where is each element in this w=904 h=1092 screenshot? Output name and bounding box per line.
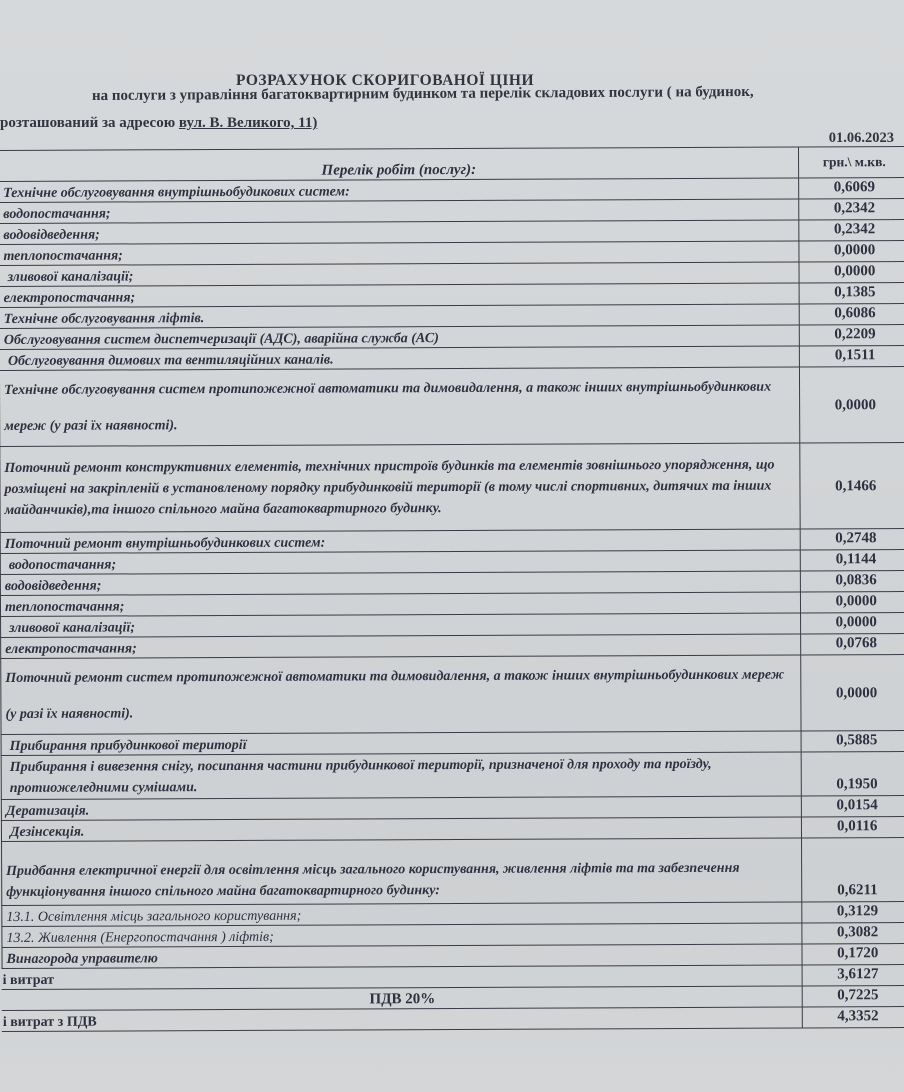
row-value: 0,0000 bbox=[801, 592, 904, 613]
row-value: 0,0000 bbox=[801, 655, 904, 731]
row-value: 0,1144 bbox=[801, 550, 904, 571]
row-value: 0,0000 bbox=[799, 241, 904, 262]
row-label: Прибирання і вивезення снігу, посипання … bbox=[1, 752, 802, 799]
row-value: 0,1511 bbox=[800, 346, 904, 367]
table-row: Поточний ремонт конструктивних елементів… bbox=[0, 443, 904, 533]
row-value: 0,0154 bbox=[802, 796, 904, 817]
total-label: і витрат з ПДВ bbox=[2, 1007, 803, 1031]
row-value: 0,0116 bbox=[802, 817, 904, 838]
row-value: 0,5885 bbox=[801, 731, 904, 752]
row-value: 0,0768 bbox=[801, 634, 904, 655]
row-value: 0,1720 bbox=[802, 944, 904, 965]
row-label: Придбання електричної енергії для освітл… bbox=[2, 838, 803, 905]
row-value: 0,6086 bbox=[800, 304, 904, 325]
document-page: РОЗРАХУНОК СКОРИГОВАНОЇ ЦІНИ на послуги … bbox=[0, 0, 904, 1092]
row-label: Технічне обслуговування систем протипоже… bbox=[0, 367, 800, 446]
row-value: 0,0836 bbox=[801, 571, 904, 592]
services-price-table: Перелік робіт (послуг): грн.\ м.кв. Техн… bbox=[0, 146, 904, 1032]
row-value: 0,6211 bbox=[802, 838, 904, 902]
header-unit: грн.\ м.кв. bbox=[799, 147, 904, 178]
row-value: 0,2342 bbox=[799, 220, 904, 241]
total-row: і витрат з ПДВ 4,3352 bbox=[2, 1007, 904, 1032]
building-address: вул. В. Великого, 11) bbox=[179, 115, 317, 131]
row-value: 0,1950 bbox=[802, 752, 904, 796]
header-services-list: Перелік робіт (послуг): bbox=[0, 147, 799, 181]
document-subtitle: на послуги з управління багатоквартирним… bbox=[92, 84, 754, 105]
row-value: 0,1466 bbox=[800, 443, 904, 529]
row-label: Поточний ремонт систем протипожежної авт… bbox=[1, 655, 802, 734]
total-value: 4,3352 bbox=[803, 1007, 904, 1028]
table-row: Поточний ремонт систем протипожежної авт… bbox=[1, 655, 904, 735]
address-prefix: розташований за адресою bbox=[0, 115, 179, 131]
document-date: 01.06.2023 bbox=[829, 130, 894, 147]
row-label: Поточний ремонт конструктивних елементів… bbox=[0, 443, 801, 532]
row-value: 0,1385 bbox=[800, 283, 904, 304]
table-row: Придбання електричної енергії для освітл… bbox=[2, 838, 904, 906]
row-value: 0,0000 bbox=[801, 613, 904, 634]
vat-value: 0,7225 bbox=[803, 986, 904, 1007]
row-value: 0,6069 bbox=[799, 178, 904, 199]
table-header-row: Перелік робіт (послуг): грн.\ м.кв. bbox=[0, 147, 904, 182]
table-row: Технічне обслуговування систем протипоже… bbox=[0, 367, 904, 447]
address-line: розташований за адресою вул. В. Великого… bbox=[0, 115, 317, 132]
row-value: 0,3129 bbox=[802, 902, 904, 923]
table-row: Прибирання і вивезення снігу, посипання … bbox=[1, 752, 904, 800]
row-value: 0,0000 bbox=[799, 262, 904, 283]
row-value: 0,0000 bbox=[800, 367, 904, 443]
row-value: 0,3082 bbox=[802, 923, 904, 944]
row-value: 0,2342 bbox=[799, 199, 904, 220]
row-value: 0,2748 bbox=[801, 529, 904, 550]
subtotal-value: 3,6127 bbox=[802, 965, 904, 986]
row-value: 0,2209 bbox=[800, 325, 904, 346]
